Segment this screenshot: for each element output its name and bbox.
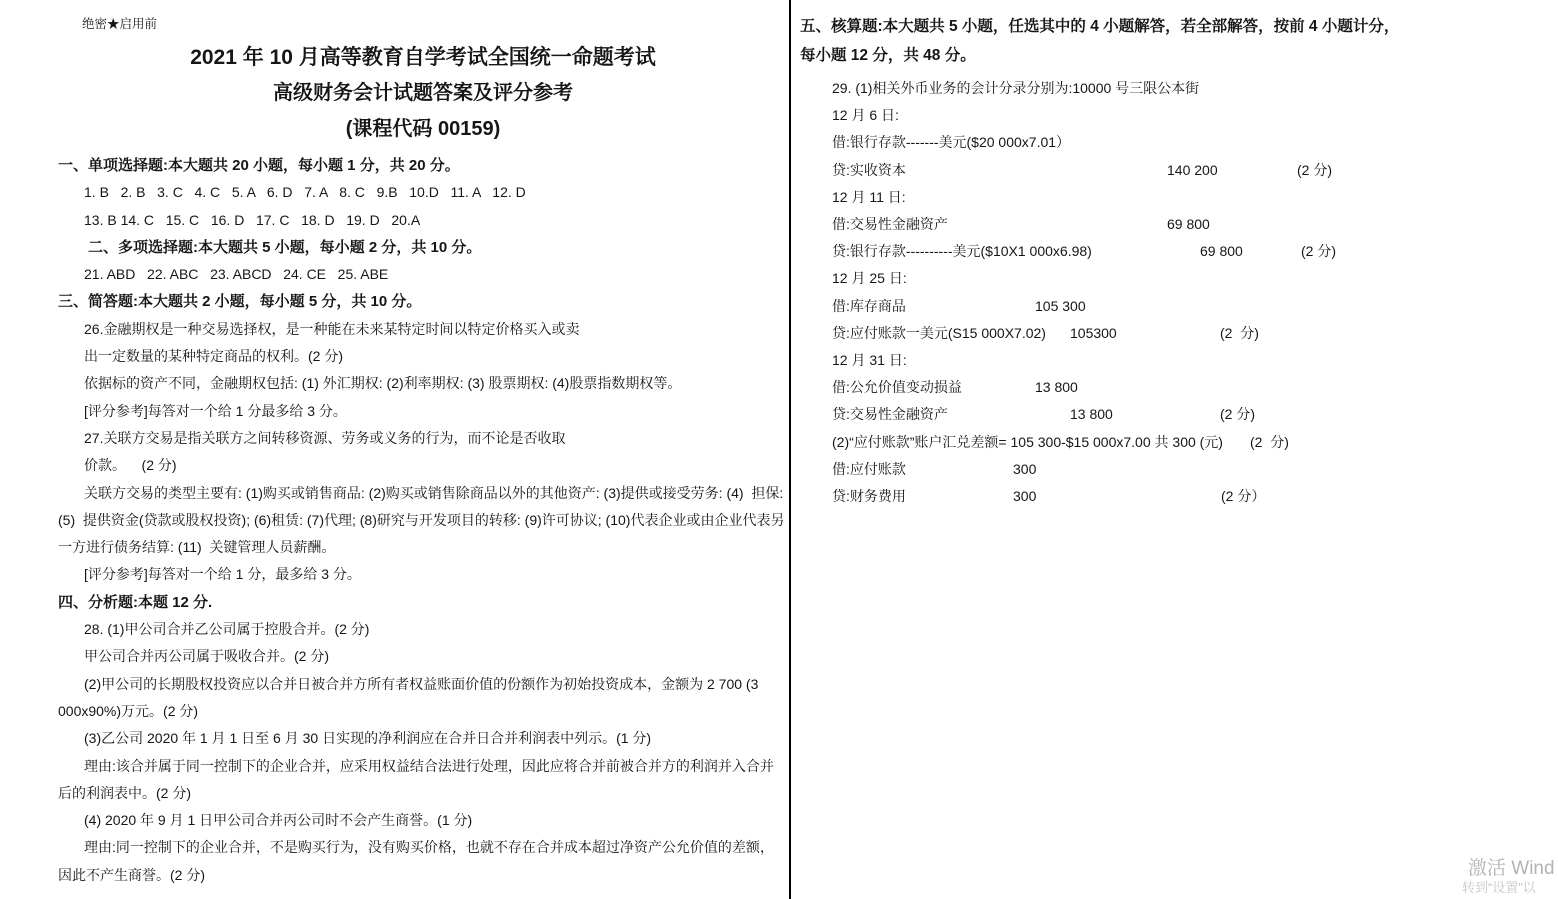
journal-amount: 300 [1013,456,1036,483]
question-28-line: 理由:同一控制下的企业合并，不是购买行为，没有购买价格，也就不存在合并成本超过净… [58,834,788,861]
journal-text: (2)“应付账款”账户汇兑差额= 105 300-$15 000x7.00 共 … [832,434,1223,450]
journal-date-line: 12 月 31 日: [800,347,1558,374]
question-27-line: 关联方交易的类型主要有: (1)购买或销售商品: (2)购买或销售除商品以外的其… [58,480,788,507]
exam-title-block: 2021 年 10 月高等教育自学考试全国统一命题考试 高级财务会计试题答案及评… [58,41,788,147]
journal-amount: 300 [1013,483,1036,510]
question-28-line: (2)甲公司的长期股权投资应以合并日被合并方所有者权益账面价值的份额作为初始投资… [58,671,788,698]
journal-score: (2 分) [1297,157,1332,184]
question-28-line: 甲公司合并丙公司属于吸收合并。(2 分) [58,643,788,670]
journal-row: 借:库存商品105 300 [800,293,1558,320]
journal-row: 贷:应付账款一美元(S15 000X7.02)105300(2 分) [800,320,1558,347]
journal-score: (2 分) [1250,429,1289,456]
question-28-line: 28. (1)甲公司合并乙公司属于控股合并。(2 分) [58,616,788,643]
journal-row: 借:交易性金融资产69 800 [800,211,1558,238]
question-28-line: (4) 2020 年 9 月 1 日甲公司合并丙公司时不会产生商誉。(1 分) [58,807,788,834]
section-5-heading-line-1: 五、核算题:本大题共 5 小题，任选其中的 4 小题解答，若全部解答，按前 4 … [800,12,1558,41]
journal-text: 12 月 31 日: [832,352,907,368]
journal-text: 借:应付账款 [832,461,906,477]
left-page-column: 绝密★启用前 2021 年 10 月高等教育自学考试全国统一命题考试 高级财务会… [58,0,788,889]
right-page-column: 五、核算题:本大题共 5 小题，任选其中的 4 小题解答，若全部解答，按前 4 … [800,0,1558,510]
question-29-block: 29. (1)相关外币业务的会计分录分别为:10000 号三限公本街 12 月 … [800,75,1558,510]
answers-row: 21. ABD 22. ABC 23. ABCD 24. CE 25. ABE [58,261,788,288]
exam-course-code: (课程代码 00159) [58,111,788,147]
journal-text: 12 月 6 日: [832,107,899,123]
question-29-intro: 29. (1)相关外币业务的会计分录分别为:10000 号三限公本街 [800,75,1558,102]
journal-score: (2 分) [1301,238,1336,265]
journal-date-line: 12 月 6 日: [800,102,1558,129]
journal-score: (2 分) [1220,401,1255,428]
journal-row: 贷:银行存款----------美元($10X1 000x6.98)69 800… [800,238,1558,265]
journal-text: 12 月 25 日: [832,270,907,286]
journal-date-line: 12 月 11 日: [800,184,1558,211]
journal-text: 借:交易性金融资产 [832,216,948,232]
question-27-line: 27.关联方交易是指关联方之间转移资源、劳务或义务的行为，而不论是否收取 [58,425,788,452]
journal-date-line: 12 月 25 日: [800,265,1558,292]
journal-row: 贷:财务费用300(2 分） [800,483,1558,510]
journal-row: 贷:实收资本140 200(2 分) [800,157,1558,184]
question-28-line: 000x90%)万元。(2 分) [58,698,788,725]
question-27-line: (5) 提供资金(贷款或股权投资); (6)租赁: (7)代理; (8)研究与开… [58,507,788,534]
journal-text: 贷:银行存款----------美元($10X1 000x6.98) [832,243,1092,259]
question-28-line: 理由:该合并属于同一控制下的企业合并，应采用权益结合法进行处理，因此应将合并前被… [58,753,788,780]
journal-amount: 13 800 [1035,374,1078,401]
question-27-line: 价款。 (2 分) [58,452,788,479]
journal-amount: 105 300 [1035,293,1086,320]
exam-title-line-1: 2021 年 10 月高等教育自学考试全国统一命题考试 [58,41,788,75]
journal-score: (2 分) [1220,320,1259,347]
journal-text: 12 月 11 日: [832,189,906,205]
question-27-scoring-note: [评分参考]每答对一个给 1 分，最多给 3 分。 [58,561,788,588]
column-divider-line [789,0,791,899]
journal-score: (2 分） [1221,483,1265,510]
windows-activation-watermark-line-1: 激活 Wind [1468,853,1555,880]
section-4-heading: 四、分析题:本题 12 分. [58,589,788,616]
journal-text: 借:库存商品 [832,298,906,314]
question-28-line: 后的利润表中。(2 分) [58,780,788,807]
journal-amount: 13 800 [1070,401,1113,428]
windows-activation-watermark-line-2: 转到“设置”以 [1462,877,1536,896]
section-3-heading: 三、简答题:本大题共 2 小题，每小题 5 分，共 10 分。 [58,288,788,315]
answers-row: 13. B 14. C 15. C 16. D 17. C 18. D 19. … [58,207,788,234]
answers-row: 1. B 2. B 3. C 4. C 5. A 6. D 7. A 8. C … [58,179,788,206]
classification-label: 绝密★启用前 [82,14,788,32]
journal-row: 贷:交易性金融资产13 800(2 分) [800,401,1558,428]
question-27-line: 一方进行债务结算: (11) 关键管理人员薪酬。 [58,534,788,561]
journal-text: 借:银行存款-------美元($20 000x7.01） [832,134,1070,150]
left-content: 一、单项选择题:本大题共 20 小题，每小题 1 分，共 20 分。 1. B … [58,152,788,889]
question-26-scoring-note: [评分参考]每答对一个给 1 分最多给 3 分。 [58,398,788,425]
question-28-line: 因此不产生商誉。(2 分) [58,862,788,889]
section-1-heading: 一、单项选择题:本大题共 20 小题，每小题 1 分，共 20 分。 [58,152,788,179]
section-2-heading: 二、多项选择题:本大题共 5 小题，每小题 2 分，共 10 分。 [58,234,788,261]
journal-row: 借:公允价值变动损益13 800 [800,374,1558,401]
question-26-line: 依据标的资产不同，金融期权包括: (1) 外汇期权: (2)利率期权: (3) … [58,370,788,397]
journal-text: 贷:实收资本 [832,162,906,178]
journal-row: 借:应付账款300 [800,456,1558,483]
journal-amount: 140 200 [1167,157,1218,184]
journal-row: 借:银行存款-------美元($20 000x7.01） [800,129,1558,156]
question-26-line: 26.金融期权是一种交易选择权，是一种能在未来某特定时间以特定价格买入或卖 [58,316,788,343]
journal-amount: 69 800 [1200,238,1243,265]
journal-text: 贷:财务费用 [832,488,906,504]
exam-title-line-2: 高级财务会计试题答案及评分参考 [58,75,788,111]
journal-text: 借:公允价值变动损益 [832,379,962,395]
journal-text: 贷:交易性金融资产 [832,406,948,422]
question-26-line: 出一定数量的某种特定商品的权利。(2 分) [58,343,788,370]
journal-amount: 105300 [1070,320,1117,347]
journal-row: (2)“应付账款”账户汇兑差额= 105 300-$15 000x7.00 共 … [800,429,1558,456]
journal-amount: 69 800 [1167,211,1210,238]
journal-text: 贷:应付账款一美元(S15 000X7.02) [832,325,1046,341]
section-5-heading-line-2: 每小题 12 分，共 48 分。 [800,41,1558,70]
question-28-line: (3)乙公司 2020 年 1 月 1 日至 6 月 30 日实现的净利润应在合… [58,725,788,752]
